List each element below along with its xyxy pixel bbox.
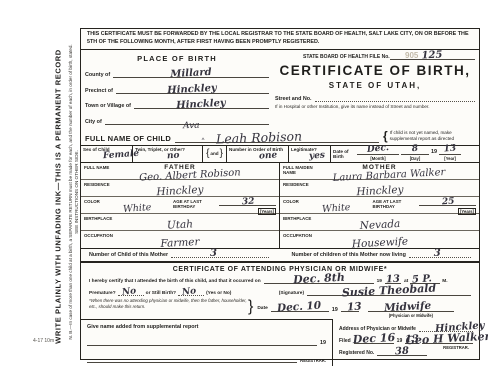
mother-age-line: 25 xyxy=(419,199,476,206)
premature-line: No xyxy=(118,289,144,296)
and-label: and xyxy=(210,151,218,157)
dob-year-caption: [Year] xyxy=(444,156,456,161)
child-number-label: Number of Child of this Mother xyxy=(89,252,168,258)
supplemental-year-label: 19 xyxy=(320,340,326,346)
address-field: Address of Physician or Midwife Hinckley xyxy=(339,324,473,332)
brace-right: } xyxy=(220,148,223,160)
file-number-stamp: 905 xyxy=(405,51,418,60)
father-color-age-row: COLOR White AGE AT LAST BIRTHDAY 32 [Yea… xyxy=(81,197,279,214)
signature-line: Susie Theobald xyxy=(307,287,471,296)
insertion-caret: ^ xyxy=(202,138,205,144)
brace-left: { xyxy=(206,148,209,160)
street-field: Street and No. xyxy=(275,95,475,102)
legitimate-cell: Legitimate? yes xyxy=(289,146,331,162)
father-age-value: 32 xyxy=(241,196,254,207)
father-birthplace-value: Utah xyxy=(167,218,194,231)
twin-value: no xyxy=(167,150,180,162)
mother-age-label: AGE AT LAST BIRTHDAY xyxy=(373,199,419,209)
dob-year-line: 13 [Year] xyxy=(439,147,461,155)
street-line xyxy=(315,95,475,102)
birth-detail-row: Sex of Child Female Twin, Triplet, or Ot… xyxy=(81,145,479,163)
supplemental-date-line: 19 xyxy=(87,339,326,346)
legitimate-value: yes xyxy=(309,150,326,162)
file-number-field: STATE BOARD OF HEALTH FILE No. 905 125 xyxy=(303,53,475,60)
mother-color-age-row: COLOR White AGE AT LAST BIRTHDAY 25 [Yea… xyxy=(280,197,479,214)
registrar-section: Give name added from supplemental report… xyxy=(81,319,479,366)
address-label: Address of Physician or Midwife xyxy=(339,326,416,332)
footnote-brace: } xyxy=(248,298,253,316)
father-name-row: FATHER FULL NAME Geo. Albert Robison xyxy=(81,163,279,180)
county-line: Millard xyxy=(113,70,269,78)
town-label: Town or Village of xyxy=(85,103,131,109)
filed-field: Filed Dec 16 19 13 Geo H Walker REGISTRA… xyxy=(339,336,473,344)
certificate-form: THIS CERTIFICATE MUST BE FORWARDED BY TH… xyxy=(80,28,480,360)
dob-month-line: Dec. [Month] xyxy=(357,147,399,155)
father-age-group: AGE AT LAST BIRTHDAY 32 [Years] xyxy=(173,199,276,209)
attendant-year-value: 13 xyxy=(346,300,361,313)
certificate-title: CERTIFICATE OF BIRTH, xyxy=(275,63,475,78)
filed-century: 19 xyxy=(397,338,403,344)
premature-field: Premature? No or Still Birth? No (Yes or… xyxy=(89,289,265,296)
dob-century: 19 xyxy=(431,149,437,156)
unnamed-note-text: If child is not yet named, make suppleme… xyxy=(390,130,475,141)
twin-cell: Twin, Triplet, or Other? no xyxy=(133,146,203,162)
attendant-date-line: Dec. 10 xyxy=(271,303,329,312)
children-living-label: Number of children of this Mother now li… xyxy=(291,252,405,258)
father-column: FATHER FULL NAME Geo. Albert Robison RES… xyxy=(81,163,280,248)
father-color-label: COLOR xyxy=(84,199,118,204)
precinct-value: Hinckley xyxy=(167,82,217,96)
child-number-line: 3 xyxy=(171,251,268,258)
child-number-field: Number of Child of this Mother 3 xyxy=(89,251,269,258)
father-birthplace-label: BIRTHPLACE xyxy=(84,216,118,221)
scanned-birth-certificate: WRITE PLAINLY WITH UNFADING INK—THIS IS … xyxy=(0,0,488,390)
physician-certificate-heading: CERTIFICATE OF ATTENDING PHYSICIAN OR MI… xyxy=(81,263,479,274)
father-occupation-label: OCCUPATION xyxy=(84,233,118,238)
stillbirth-line: No xyxy=(178,289,204,296)
town-field: Town or Village of Hinckley xyxy=(85,101,269,109)
mother-color-label: COLOR xyxy=(283,199,317,204)
mother-birthplace-value: Nevada xyxy=(359,218,400,232)
mother-occupation-row: OCCUPATION Housewife xyxy=(280,231,479,248)
mother-residence-label: RESIDENCE xyxy=(283,182,317,187)
precinct-line: Hinckley xyxy=(116,86,269,94)
mother-age-value: 25 xyxy=(441,196,454,207)
registrar-caption-left: REGISTRAR. xyxy=(300,358,326,363)
filed-date-line: Dec 16 xyxy=(354,336,394,344)
father-name-label: FULL NAME xyxy=(84,165,118,170)
mother-occupation-value: Housewife xyxy=(351,235,408,250)
registrar-sign-line xyxy=(87,356,297,363)
county-label: County of xyxy=(85,72,110,78)
premature-signature-row: Premature? No or Still Birth? No (Yes or… xyxy=(81,284,479,296)
unnamed-note: { If child is not yet named, make supple… xyxy=(383,129,475,143)
registrar-signature-line: Geo H Walker REGISTRAR. xyxy=(422,336,473,344)
street-label: Street and No. xyxy=(275,96,312,102)
child-name-value: Leah Robison xyxy=(216,128,303,146)
form-print-code: 4-17 10m xyxy=(33,338,54,344)
filed-date-value: Dec 16 xyxy=(352,331,395,346)
county-value: Millard xyxy=(170,67,212,80)
town-line: Hinckley xyxy=(134,101,269,109)
precinct-field: Precinct of Hinckley xyxy=(85,86,269,94)
date-of-birth-cell: Date of Birth Dec. [Month] 8 [Day] 19 13… xyxy=(331,146,479,162)
occurred-date-line: Dec. 8th xyxy=(264,276,374,284)
birth-order-cell: Number in Order of Birth one xyxy=(227,146,289,162)
date-label: Date xyxy=(257,306,267,311)
date-of-birth-lines: Dec. [Month] 8 [Day] 19 13 [Year] xyxy=(357,147,477,161)
file-number-value: 125 xyxy=(422,49,443,61)
place-of-birth-heading: PLACE OF BIRTH xyxy=(85,54,269,63)
mother-name-label: FULL MAIDEN NAME xyxy=(283,165,317,175)
mother-birthplace-label: BIRTHPLACE xyxy=(283,216,317,221)
father-residence-label: RESIDENCE xyxy=(84,182,118,187)
mother-birthplace-row: BIRTHPLACE Nevada xyxy=(280,214,479,231)
hospital-note: If in Hospital or other Institution, giv… xyxy=(275,104,475,109)
child-name-line: Ava ^ Leah Robison xyxy=(175,133,379,143)
registered-number-line: 38 xyxy=(377,348,427,356)
registrar-caption: REGISTRAR. xyxy=(443,345,469,350)
city-field: City of xyxy=(85,117,269,125)
supplemental-report-box: Give name added from supplemental report… xyxy=(81,319,333,366)
dob-year-value: 13 xyxy=(443,143,456,155)
attendant-date-value: Dec. 10 xyxy=(276,299,321,314)
premature-value: No xyxy=(121,286,136,297)
signature-field: (Signature) Susie Theobald xyxy=(279,287,471,296)
filing-box: Address of Physician or Midwife Hinckley… xyxy=(333,319,479,366)
certificate-subtitle: STATE OF UTAH, xyxy=(275,81,475,90)
header-section: PLACE OF BIRTH County of Millard Precinc… xyxy=(81,50,479,125)
father-occupation-row: OCCUPATION Farmer xyxy=(81,231,279,248)
registered-number-label: Registered No. xyxy=(339,350,374,356)
attendant-century: 19 xyxy=(332,307,338,313)
attendant-date-field: Date Dec. 10 19 13 Midwife (Physician or… xyxy=(257,298,471,316)
child-name-section: FULL NAME OF CHILD Ava ^ Leah Robison { … xyxy=(81,125,479,145)
birth-order-value: one xyxy=(259,150,278,162)
forwarding-notice: THIS CERTIFICATE MUST BE FORWARDED BY TH… xyxy=(81,29,479,50)
child-counts-row: Number of Child of this Mother 3 Number … xyxy=(81,249,479,263)
dob-day-value: 8 xyxy=(411,144,418,155)
stillbirth-value: No xyxy=(182,286,197,297)
filed-label: Filed xyxy=(339,338,351,344)
margin-warning-text: WRITE PLAINLY WITH UNFADING INK—THIS IS … xyxy=(54,32,63,362)
and-cell: { and } xyxy=(203,146,227,162)
dob-day-line: 8 [Day] xyxy=(401,147,429,155)
sex-cell: Sex of Child Female xyxy=(81,146,133,162)
supplemental-label: Give name added from supplemental report xyxy=(87,324,326,330)
children-living-line: 3 xyxy=(409,251,471,258)
county-field: County of Millard xyxy=(85,70,269,78)
dob-month-value: Dec. xyxy=(366,143,389,156)
capacity-line: Midwife (Physician or Midwife) xyxy=(368,303,454,312)
no-physician-footnote: *When there was no attending physician o… xyxy=(89,298,247,316)
precinct-label: Precinct of xyxy=(85,88,113,94)
child-name-inserted: Ava xyxy=(183,120,200,131)
father-age-label: AGE AT LAST BIRTHDAY xyxy=(173,199,219,209)
mother-age-group: AGE AT LAST BIRTHDAY 25 [Years] xyxy=(373,199,476,209)
mother-occupation-label: OCCUPATION xyxy=(283,233,317,238)
child-name-label: FULL NAME OF CHILD xyxy=(85,134,171,143)
file-number-label: STATE BOARD OF HEALTH FILE No. xyxy=(303,54,390,60)
father-residence-row: RESIDENCE Hinckley xyxy=(81,180,279,197)
father-age-line: 32 xyxy=(219,199,276,206)
place-of-birth-column: PLACE OF BIRTH County of Millard Precinc… xyxy=(85,51,275,125)
father-birthplace-row: BIRTHPLACE Utah xyxy=(81,214,279,231)
file-number-line: 905 125 xyxy=(390,53,475,60)
date-of-birth-label: Date of Birth xyxy=(333,147,357,161)
footnote-date-row: *When there was no attending physician o… xyxy=(81,296,479,316)
father-occupation-value: Farmer xyxy=(160,236,200,250)
title-column: STATE BOARD OF HEALTH FILE No. 905 125 C… xyxy=(275,51,475,125)
dob-day-caption: [Day] xyxy=(410,156,420,161)
attendant-year-line: 13 xyxy=(341,303,359,312)
mother-column: MOTHER FULL MAIDEN NAME Laura Barbara Wa… xyxy=(280,163,479,248)
supplemental-registrar-line: REGISTRAR. xyxy=(87,356,326,363)
parents-section: FATHER FULL NAME Geo. Albert Robison RES… xyxy=(81,163,479,249)
child-number-value: 3 xyxy=(210,248,217,259)
town-value: Hinckley xyxy=(176,98,226,112)
capacity-caption: (Physician or Midwife) xyxy=(368,313,454,318)
supplemental-line xyxy=(87,339,317,346)
margin-instruction-text: N. B.—In case of more than one child at … xyxy=(68,42,80,342)
registered-number-value: 38 xyxy=(395,345,409,357)
dob-month-caption: [Month] xyxy=(370,156,385,161)
mother-residence-row: RESIDENCE Hinckley xyxy=(280,180,479,197)
unnamed-brace: { xyxy=(383,129,388,143)
children-living-field: Number of children of this Mother now li… xyxy=(291,251,471,258)
occurred-date-value: Dec. 8th xyxy=(293,270,345,286)
mother-name-row: MOTHER FULL MAIDEN NAME Laura Barbara Wa… xyxy=(280,163,479,180)
children-living-value: 3 xyxy=(434,248,441,259)
